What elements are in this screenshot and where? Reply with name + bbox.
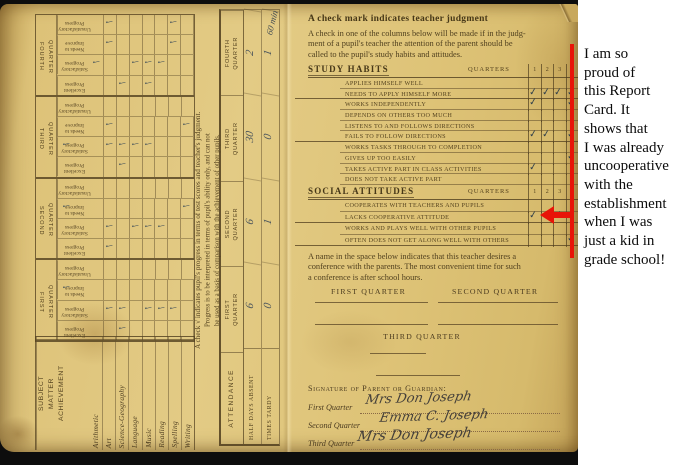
subject-cell xyxy=(169,260,182,279)
conference-blank-line xyxy=(315,323,428,325)
subject-cell xyxy=(130,15,143,34)
attendance-value: 6 xyxy=(244,178,261,266)
quarter-rows: Unsatisfactory ProgressNeeds to Improve✓… xyxy=(57,179,194,259)
attendance-value: 1 xyxy=(262,178,279,266)
subject-label-column: Art xyxy=(103,337,116,450)
subject-matter-achievement-label: SUBJECT MATTER ACHIEVEMENT xyxy=(36,337,90,450)
study-habits-title: STUDY HABITS xyxy=(308,64,389,76)
subject-cell xyxy=(155,239,168,258)
subject-cell xyxy=(181,55,194,74)
subject-cell xyxy=(143,117,156,136)
attendance-row-label: HALF DAYS ABSENT xyxy=(244,348,261,444)
quarter-block: SECOND QUARTERUnsatisfactory ProgressNee… xyxy=(36,179,194,261)
subject-label: Language xyxy=(130,416,139,448)
quarter-label: THIRD QUARTER xyxy=(36,97,57,177)
subject-label-column: Reading xyxy=(156,337,169,450)
quarter-label: FOURTH QUARTER xyxy=(36,15,57,95)
attendance-tardy-row: TIMES TARDY0101 xyxy=(261,10,279,444)
subject-label: Writing xyxy=(183,424,192,448)
quarter-rows: Unsatisfactory ProgressNeeds to Improve✓… xyxy=(57,97,194,177)
social-attitudes-title: SOCIAL ATTITUDES xyxy=(308,186,414,198)
signature-handwriting: Mrs Don Joseph xyxy=(356,425,473,445)
grade-row: Satisfactory Progress✓✓✓✓ xyxy=(57,219,194,239)
subject-cell xyxy=(181,35,194,54)
conference-note: A name in the space below indicates that… xyxy=(308,252,576,283)
subject-label-column: Language xyxy=(129,337,142,450)
checklist-row: LISTENS TO AND FOLLOWS DIRECTIONS xyxy=(308,121,578,132)
intro-line: ment of a pupil's teacher the attention … xyxy=(308,39,570,49)
attendance-table: ATTENDANCEFIRST QUARTERSECOND QUARTERTHI… xyxy=(219,9,280,446)
conference-line: A name in the space below indicates that… xyxy=(308,252,576,262)
red-arrow-shaft xyxy=(552,212,574,218)
subject-cell xyxy=(117,199,130,218)
checklist-row: WORKS INDEPENDENTLY✓✓ xyxy=(308,99,578,110)
signature-line xyxy=(360,449,560,450)
row-label: WORKS TASKS THROUGH TO COMPLETION xyxy=(345,144,482,151)
signature-handwriting: Emma C. Joseph xyxy=(378,407,489,426)
check-mark-icon: ✓ xyxy=(541,129,551,141)
annotation-line: uncooperative xyxy=(584,157,682,176)
quarter-number: 2 xyxy=(542,186,554,195)
attendance-title: ATTENDANCE xyxy=(221,352,243,444)
annotation-line: I was already xyxy=(584,139,682,158)
annotation-line: Card. It xyxy=(584,101,682,120)
quarter-cell xyxy=(528,235,541,248)
grade-descriptor: Needs to Improve xyxy=(57,117,91,136)
checklist-row: NEEDS TO APPLY HIMSELF MORE✓✓✓✓ xyxy=(308,89,578,100)
subject-labels-row: SUBJECT MATTER ACHIEVEMENT ArithmeticArt… xyxy=(35,336,195,450)
progress-note-line: Progress is to be interpreted in terms o… xyxy=(204,12,214,448)
grade-row: Needs to Improve✓✓ xyxy=(57,117,194,137)
checklist-row: FAILS TO FOLLOW DIRECTIONS✓✓✓ xyxy=(308,131,578,142)
subject-cell xyxy=(143,199,156,218)
subject-cell xyxy=(91,260,104,279)
annotation-line: proud of xyxy=(584,64,682,83)
quarter-number-cell: 3 xyxy=(553,64,566,78)
subject-cell xyxy=(169,179,182,198)
subject-cell xyxy=(143,260,156,279)
subject-label-column: Spelling xyxy=(169,337,182,450)
subject-cell xyxy=(104,260,117,279)
checklist-row: TAKES ACTIVE PART IN CLASS ACTIVITIES✓ xyxy=(308,164,578,175)
subject-cell xyxy=(168,239,181,258)
row-label: WORKS INDEPENDENTLY xyxy=(345,101,426,108)
attendance-table-rotated: ATTENDANCEFIRST QUARTERSECOND QUARTERTHI… xyxy=(219,12,279,446)
conference-blank-line xyxy=(370,352,426,354)
screenshot-root: FOURTH QUARTERUnsatisfactory Progress✓✓N… xyxy=(0,0,683,465)
subject-label-column: Science-Geography xyxy=(116,337,129,450)
attendance-header-row: ATTENDANCEFIRST QUARTERSECOND QUARTERTHI… xyxy=(221,10,244,444)
subject-cell xyxy=(91,76,104,95)
check-mark-icon: ✓ xyxy=(528,161,538,173)
center-fold-crease xyxy=(283,4,292,452)
subject-label: Science-Geography xyxy=(117,385,126,448)
subject-cell xyxy=(143,239,156,258)
subject-cell xyxy=(117,179,130,198)
subject-cell xyxy=(104,97,117,116)
subject-grade-grid: FOURTH QUARTERUnsatisfactory Progress✓✓N… xyxy=(35,14,195,342)
grade-descriptor: Unsatisfactory Progress xyxy=(57,15,91,34)
subject-cell xyxy=(143,157,156,176)
check-mark-icon: ✓ xyxy=(528,209,538,221)
annotation-line: shows that xyxy=(584,120,682,139)
signature-quarter-label: Third Quarter xyxy=(308,439,354,448)
subject-cell xyxy=(117,97,130,116)
subject-cell xyxy=(181,301,194,320)
report-card: FOURTH QUARTERUnsatisfactory Progress✓✓N… xyxy=(0,4,578,452)
quarter-cell xyxy=(553,174,566,186)
subject-cell xyxy=(130,157,143,176)
quarter-cell xyxy=(553,235,566,248)
intro-line: called to the pupil's study habits and a… xyxy=(308,50,570,60)
quarter-number: 1 xyxy=(529,186,541,195)
checklist-row: COOPERATES WITH TEACHERS AND PUPILS xyxy=(308,200,578,212)
subject-cell xyxy=(130,239,143,258)
corner-fold xyxy=(552,4,578,22)
subject-cell xyxy=(130,117,143,136)
subject-cell xyxy=(117,15,130,34)
subject-cell xyxy=(155,137,168,156)
quarter-number: 1 xyxy=(529,64,541,73)
grade-row: Unsatisfactory Progress xyxy=(57,260,194,280)
grade-row: Needs to Improve✓✓ xyxy=(57,35,194,55)
annotation-line: when I was xyxy=(584,213,682,232)
subject-cell xyxy=(181,157,194,176)
grade-descriptor: Satisfactory Progress xyxy=(57,55,91,74)
second-quarter-heading: SECOND QUARTER xyxy=(452,287,538,296)
grade-descriptor: Excellent Progress xyxy=(57,76,91,95)
subject-label-column: Arithmetic xyxy=(90,337,103,450)
subject-cell xyxy=(143,35,156,54)
progress-note-line: A check √ indicates pupil's progress in … xyxy=(194,12,204,448)
intro-line: A check in one of the columns below will… xyxy=(308,29,570,39)
signature-handwriting: Mrs Don Joseph xyxy=(364,389,473,408)
subject-cell xyxy=(143,280,156,299)
subject-cell xyxy=(182,97,194,116)
grade-row: Needs to Improve✓ xyxy=(57,280,194,300)
subject-cell xyxy=(104,199,117,218)
subject-cell xyxy=(143,97,156,116)
grade-row: Satisfactory Progress✓✓✓✓ xyxy=(57,55,194,75)
checklist-row: OFTEN DOES NOT GET ALONG WELL WITH OTHER… xyxy=(308,235,578,247)
subject-cell xyxy=(168,219,181,238)
row-label: GIVES UP TOO EASILY xyxy=(345,155,416,162)
check-mark-icon: ✓ xyxy=(528,97,538,109)
row-label: LACKS COOPERATIVE ATTITUDE xyxy=(345,214,449,221)
grade-descriptor: Excellent Progress xyxy=(57,239,91,258)
conference-blank-line xyxy=(376,374,460,376)
quarter-label: SECOND QUARTER xyxy=(36,179,57,259)
subject-cell xyxy=(104,179,117,198)
signature-row: Third QuarterMrs Don Joseph xyxy=(308,433,570,451)
checklist-row: WORKS AND PLAYS WELL WITH OTHER PUPILS xyxy=(308,223,578,235)
subject-cell xyxy=(91,179,104,198)
subject-cell xyxy=(181,137,194,156)
checklist-row: LACKS COOPERATIVE ATTITUDE✓✓✓✓ xyxy=(308,212,578,224)
quarter-block: THIRD QUARTERUnsatisfactory ProgressNeed… xyxy=(36,97,194,179)
subject-cell xyxy=(168,76,181,95)
subject-cell xyxy=(130,97,143,116)
subject-cell xyxy=(117,117,130,136)
attendance-absent-row: HALF DAYS ABSENT66302 xyxy=(244,10,261,444)
row-label: WORKS AND PLAYS WELL WITH OTHER PUPILS xyxy=(345,225,496,232)
subject-label-column: Music xyxy=(143,337,156,450)
subject-cell xyxy=(155,76,168,95)
subject-cell xyxy=(91,97,104,116)
grade-row: Unsatisfactory Progress xyxy=(57,179,194,199)
attendance-value: 30 xyxy=(244,93,261,181)
subject-cell xyxy=(104,55,117,74)
study-habits-header: STUDY HABITS QUARTERS 1234 xyxy=(308,64,578,78)
check-mark-icon: ✓ xyxy=(541,86,551,98)
subject-cell xyxy=(130,260,143,279)
page-heading: A check mark indicates teacher judgment xyxy=(308,14,488,24)
red-arrow-icon xyxy=(540,206,554,224)
attendance-quarter-label: THIRD QUARTER xyxy=(221,95,243,180)
attendance-quarter-label: SECOND QUARTER xyxy=(221,181,243,266)
subject-label: Arithmetic xyxy=(91,414,100,448)
grade-descriptor: Unsatisfactory Progress xyxy=(57,179,91,198)
subject-cell xyxy=(168,157,181,176)
quarter-block: FIRST QUARTERUnsatisfactory ProgressNeed… xyxy=(36,260,194,342)
subject-label: Music xyxy=(144,428,153,448)
annotation-line: with the xyxy=(584,176,682,195)
grade-row: Satisfactory Progress✓✓✓✓✓ xyxy=(57,301,194,321)
attendance-value: 2 xyxy=(244,8,261,96)
quarter-number-cell: 1 xyxy=(528,186,541,200)
subject-cell xyxy=(181,280,194,299)
grade-row: Excellent Progress✓ xyxy=(57,239,194,258)
quarter-number-cell: 1 xyxy=(528,64,541,78)
subject-cell xyxy=(169,97,182,116)
grade-row: Needs to Improve✓✓ xyxy=(57,199,194,219)
subject-cell xyxy=(156,260,169,279)
red-highlight-line xyxy=(570,44,574,258)
quarters-label: QUARTERS xyxy=(468,66,510,73)
row-label: DOES NOT TAKE ACTIVE PART xyxy=(345,176,442,183)
grade-descriptor: Satisfactory Progress xyxy=(57,219,91,238)
subject-label: Art xyxy=(104,438,113,448)
subject-label: Reading xyxy=(157,421,166,448)
attendance-quarter-label: FOURTH QUARTER xyxy=(221,10,243,95)
margin-caption: I am soproud ofthis ReportCard. Itshows … xyxy=(584,45,682,269)
annotation-line: this Report xyxy=(584,82,682,101)
quarter-number: 2 xyxy=(542,64,554,73)
scan-background: FOURTH QUARTERUnsatisfactory Progress✓✓N… xyxy=(0,0,578,465)
row-label: COOPERATES WITH TEACHERS AND PUPILS xyxy=(345,202,484,209)
subject-cell xyxy=(182,179,194,198)
subject-cell xyxy=(104,280,117,299)
row-label: DEPENDS ON OTHERS TOO MUCH xyxy=(345,112,452,119)
attendance-quarter-label: FIRST QUARTER xyxy=(221,266,243,351)
subject-cell xyxy=(168,55,181,74)
subject-cell xyxy=(117,260,130,279)
attendance-value: 0 xyxy=(262,93,279,181)
subject-cell xyxy=(181,15,194,34)
quarter-number: 3 xyxy=(554,186,566,195)
subject-cell xyxy=(143,15,156,34)
check-mark-icon: ✓ xyxy=(528,129,538,141)
quarter-number-cell: 2 xyxy=(541,64,554,78)
subject-cell xyxy=(130,179,143,198)
annotation-line: establishment xyxy=(584,195,682,214)
subject-cell xyxy=(91,280,104,299)
subject-cell xyxy=(155,199,168,218)
third-quarter-heading: THIRD QUARTER xyxy=(362,332,482,341)
row-label: OFTEN DOES NOT GET ALONG WELL WITH OTHER… xyxy=(345,237,509,244)
checklist-row: WORKS TASKS THROUGH TO COMPLETION xyxy=(308,142,578,153)
attendance-row-label: TIMES TARDY xyxy=(262,348,279,444)
subject-label: Spelling xyxy=(170,421,179,448)
conference-line: a conference is after school hours. xyxy=(308,273,576,283)
subject-cell xyxy=(155,117,168,136)
conference-blank-line xyxy=(438,323,558,325)
subject-cell xyxy=(117,35,130,54)
subject-cell xyxy=(143,179,156,198)
subject-cell xyxy=(181,76,194,95)
first-quarter-heading: FIRST QUARTER xyxy=(331,287,406,296)
subject-cell xyxy=(155,157,168,176)
quarters-label: QUARTERS xyxy=(468,188,510,195)
subject-cell xyxy=(130,280,143,299)
annotation-line: I am so xyxy=(584,45,682,64)
subject-label-column: Writing xyxy=(182,337,194,450)
check-mark-icon: ✓ xyxy=(553,86,563,98)
quarter-block: FOURTH QUARTERUnsatisfactory Progress✓✓N… xyxy=(36,15,194,97)
social-attitudes-header: SOCIAL ATTITUDES QUARTERS 1234 xyxy=(308,186,578,200)
signature-quarter-label: First Quarter xyxy=(308,403,352,412)
subject-cell xyxy=(130,199,143,218)
quarter-label: FIRST QUARTER xyxy=(36,260,57,340)
quarter-cell xyxy=(541,235,554,248)
subject-cell xyxy=(168,137,181,156)
grade-row: Satisfactory Progress✓✓✓✓✓ xyxy=(57,137,194,157)
conference-blank-line xyxy=(438,301,558,303)
annotation-line: just a kid in xyxy=(584,232,682,251)
row-label: NEEDS TO APPLY HIMSELF MORE xyxy=(345,91,451,98)
intro-paragraph: A check in one of the columns below will… xyxy=(308,29,570,60)
social-attitudes-section: SOCIAL ATTITUDES QUARTERS 1234 COOPERATE… xyxy=(308,186,578,246)
subject-cell xyxy=(155,280,168,299)
conference-blank-line xyxy=(315,301,428,303)
row-label: TAKES ACTIVE PART IN CLASS ACTIVITIES xyxy=(345,166,482,173)
grade-descriptor: Excellent Progress xyxy=(57,157,91,176)
grade-descriptor: Satisfactory Progress xyxy=(57,301,91,320)
quarter-number: 3 xyxy=(554,64,566,73)
grade-descriptor: Unsatisfactory Progress xyxy=(57,97,91,116)
grade-descriptor: Unsatisfactory Progress xyxy=(57,260,91,279)
subject-cell xyxy=(130,35,143,54)
conference-line: conference with the parents. The most co… xyxy=(308,262,576,272)
grade-row: Excellent Progress✓✓ xyxy=(57,76,194,95)
study-habits-section: STUDY HABITS QUARTERS 1234 APPLIES HIMSE… xyxy=(308,64,578,185)
annotation-line: grade school! xyxy=(584,251,682,270)
grade-row: Unsatisfactory Progress✓✓ xyxy=(57,15,194,35)
subject-cell xyxy=(156,179,169,198)
checklist-row: GIVES UP TOO EASILY✓ xyxy=(308,153,578,164)
quarter-number-cell: 2 xyxy=(541,186,554,200)
subject-cell xyxy=(91,157,104,176)
subject-cell xyxy=(117,280,130,299)
quarter-cell xyxy=(528,174,541,186)
subject-cell xyxy=(91,199,104,218)
checklist-row: DEPENDS ON OTHERS TOO MUCH xyxy=(308,110,578,121)
signature-quarter-label: Second Quarter xyxy=(308,421,360,430)
row-label: LISTENS TO AND FOLLOWS DIRECTIONS xyxy=(345,123,475,130)
row-label: APPLIES HIMSELF WELL xyxy=(345,80,423,87)
grade-row: Excellent Progress✓ xyxy=(57,157,194,176)
grade-descriptor: Needs to Improve xyxy=(57,35,91,54)
row-label: FAILS TO FOLLOW DIRECTIONS xyxy=(345,133,446,140)
quarter-number-cell: 3 xyxy=(553,186,566,200)
quarter-rows: Unsatisfactory ProgressNeeds to Improve✓… xyxy=(57,260,194,340)
subject-cell xyxy=(168,280,181,299)
grade-row: Unsatisfactory Progress xyxy=(57,97,194,117)
quarter-rows: Unsatisfactory Progress✓✓Needs to Improv… xyxy=(57,15,194,95)
checklist-row: DOES NOT TAKE ACTIVE PART xyxy=(308,174,578,185)
quarter-cell xyxy=(541,174,554,186)
checklist-row: APPLIES HIMSELF WELL xyxy=(308,78,578,89)
subject-cell xyxy=(156,97,169,116)
subject-cell xyxy=(181,239,194,258)
attendance-value: 0 xyxy=(262,262,279,350)
subject-cell xyxy=(182,260,194,279)
subject-cell xyxy=(181,219,194,238)
attendance-value: 6 xyxy=(244,262,261,350)
subject-cell xyxy=(117,239,130,258)
